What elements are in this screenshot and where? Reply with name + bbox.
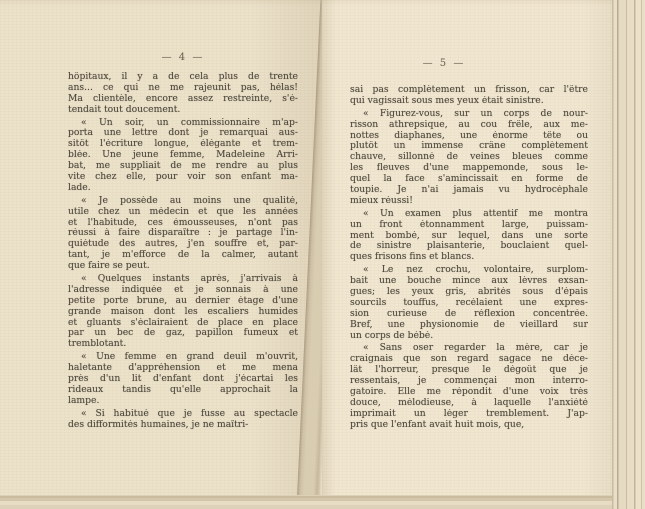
paragraph: « Un examen plus attentif me montraun fr… [350, 209, 588, 263]
text-line: « Quelques instants après, j'arrivais à [68, 274, 298, 285]
text-line: quel la face s'amincissait en forme de [350, 174, 588, 185]
paragraph: « Quelques instants après, j'arrivais àl… [68, 274, 298, 350]
page-fore-edge [612, 0, 645, 509]
text-line: gatoire. Elle me répondit d'une voix trè… [350, 387, 588, 398]
text-line: et l'habitude, ces émousseuses, n'ont pa… [68, 218, 298, 229]
text-line: imprimait un léger tremblement. J'ap- [350, 409, 588, 420]
paragraph: « Un soir, un commissionnaire m'ap-porta… [68, 118, 298, 194]
text-line: « Une femme en grand deuil m'ouvrit, [68, 352, 298, 363]
text-line: « Si habitué que je fusse au spectacle [68, 409, 298, 420]
text-line: porta une lettre dont je remarquai aus- [68, 128, 298, 139]
text-line: l'adresse indiquée et je sonnais à une [68, 285, 298, 296]
text-line: grande maison dont les escaliers humides [68, 307, 298, 318]
text-line: de sinistre plaisanterie, bouclaient que… [350, 241, 588, 252]
text-line: lât l'horreur, presque le dégoût que je [350, 365, 588, 376]
text-line: un front étonnamment large, puissam- [350, 220, 588, 231]
paragraph: « Je possède au moins une qualité,utile … [68, 196, 298, 272]
text-line: plutôt un immense crâne complètement [350, 141, 588, 152]
paragraph: « Le nez crochu, volontaire, surplom-bai… [350, 265, 588, 341]
text-line: « Un soir, un commissionnaire m'ap- [68, 118, 298, 129]
text-line: les fleuves d'une mappemonde, sous le- [350, 163, 588, 174]
text-block: sai pas complètement un frisson, car l'ê… [350, 85, 588, 431]
text-line: « Un examen plus attentif me montra [350, 209, 588, 220]
text-line: hôpitaux, il y a de cela plus de trente [68, 72, 298, 83]
text-line: ressentais, je commençai mon interro- [350, 376, 588, 387]
text-line: ans... ce qui ne me rajeunit pas, hélas! [68, 83, 298, 94]
text-line: que faire se peut. [68, 261, 298, 272]
text-line: rideaux tandis qu'elle approchait la [68, 385, 298, 396]
paragraph: sai pas complètement un frisson, car l'ê… [350, 85, 588, 107]
text-line: mieux réussi! [350, 196, 588, 207]
paragraph: « Une femme en grand deuil m'ouvrit,hale… [68, 352, 298, 406]
paragraph: « Sans oser regarder la mère, car jecrai… [350, 343, 588, 430]
text-line: petite porte brune, au dernier étage d'u… [68, 296, 298, 307]
text-line: tant, je m'efforce de la calmer, autant [68, 250, 298, 261]
text-line: qui vagissait sous mes yeux était sinist… [350, 96, 588, 107]
text-line: « Figurez-vous, sur un corps de nour- [350, 109, 588, 120]
text-line: tremblotant. [68, 339, 298, 350]
text-line: douce, mélodieuse, à laquelle l'anxiété [350, 398, 588, 409]
text-line: haletante d'appréhension et me mena [68, 363, 298, 374]
text-line: lade. [68, 183, 298, 194]
text-line: près d'un lit d'enfant dont j'écartai le… [68, 374, 298, 385]
text-block: hôpitaux, il y a de cela plus de trentea… [68, 72, 298, 431]
book-scan: — 4 — hôpitaux, il y a de cela plus de t… [0, 0, 645, 509]
text-line: blée. Une jeune femme, Madeleine Arri- [68, 150, 298, 161]
page-bottom-edge [0, 495, 612, 509]
text-line: chauve, sillonné de veines bleues comme [350, 152, 588, 163]
page-left: — 4 — hôpitaux, il y a de cela plus de t… [0, 0, 320, 496]
text-line: vite chez elle, pour voir son enfant ma- [68, 172, 298, 183]
text-line: des difformités humaines, je ne maîtri- [68, 420, 298, 431]
text-line: un corps de bébé. [350, 331, 588, 342]
page-number: — 4 — [68, 52, 298, 63]
text-line: sai pas complètement un frisson, car l'ê… [350, 85, 588, 96]
text-line: par un bec de gaz, papillon fumeux et [68, 328, 298, 339]
text-line: lampe. [68, 396, 298, 407]
text-line: tendait tout doucement. [68, 105, 298, 116]
text-line: bait une bouche mince aux lèvres exsan- [350, 276, 588, 287]
paragraph: « Si habitué que je fusse au spectaclede… [68, 409, 298, 431]
text-line: ques frisons fins et blancs. [350, 252, 588, 263]
text-line: « Sans oser regarder la mère, car je [350, 343, 588, 354]
text-line: réussi à faire disparaître : je partage … [68, 228, 298, 239]
text-line: et gluants s'éclairaient de place en pla… [68, 318, 298, 329]
text-line: ment bombé, sur lequel, dans une sorte [350, 231, 588, 242]
paragraph: « Figurez-vous, sur un corps de nour-ris… [350, 109, 588, 207]
text-line: nottes diaphanes, une énorme tête ou [350, 131, 588, 142]
text-line: sion curieuse de réflexion concentrée. [350, 309, 588, 320]
text-line: craignais que son regard sagace ne déce- [350, 354, 588, 365]
text-line: toupie. Je n'ai jamais vu hydrocéphale [350, 185, 588, 196]
text-line: sourcils touffus, recélaient une expres- [350, 298, 588, 309]
text-line: gues; les yeux gris, abrités sous d'épai… [350, 287, 588, 298]
text-line: risson athrepsique, au cou frêle, aux me… [350, 120, 588, 131]
text-line: Bref, une physionomie de vieillard sur [350, 320, 588, 331]
text-line: bat, me suppliait de me rendre au plus [68, 161, 298, 172]
page-number: — 5 — [325, 58, 563, 69]
text-line: quiétude des autres, j'en souffre et, pa… [68, 239, 298, 250]
text-line: pris que l'enfant avait huit mois, que, [350, 420, 588, 431]
paragraph: hôpitaux, il y a de cela plus de trentea… [68, 72, 298, 116]
text-line: sitôt l'écriture longue, élégante et tre… [68, 139, 298, 150]
text-line: « Le nez crochu, volontaire, surplom- [350, 265, 588, 276]
text-line: « Je possède au moins une qualité, [68, 196, 298, 207]
page-right: — 5 — sai pas complètement un frisson, c… [322, 0, 612, 496]
text-line: Ma clientèle, encore assez restreinte, s… [68, 94, 298, 105]
text-line: utile chez un médecin et que les années [68, 207, 298, 218]
